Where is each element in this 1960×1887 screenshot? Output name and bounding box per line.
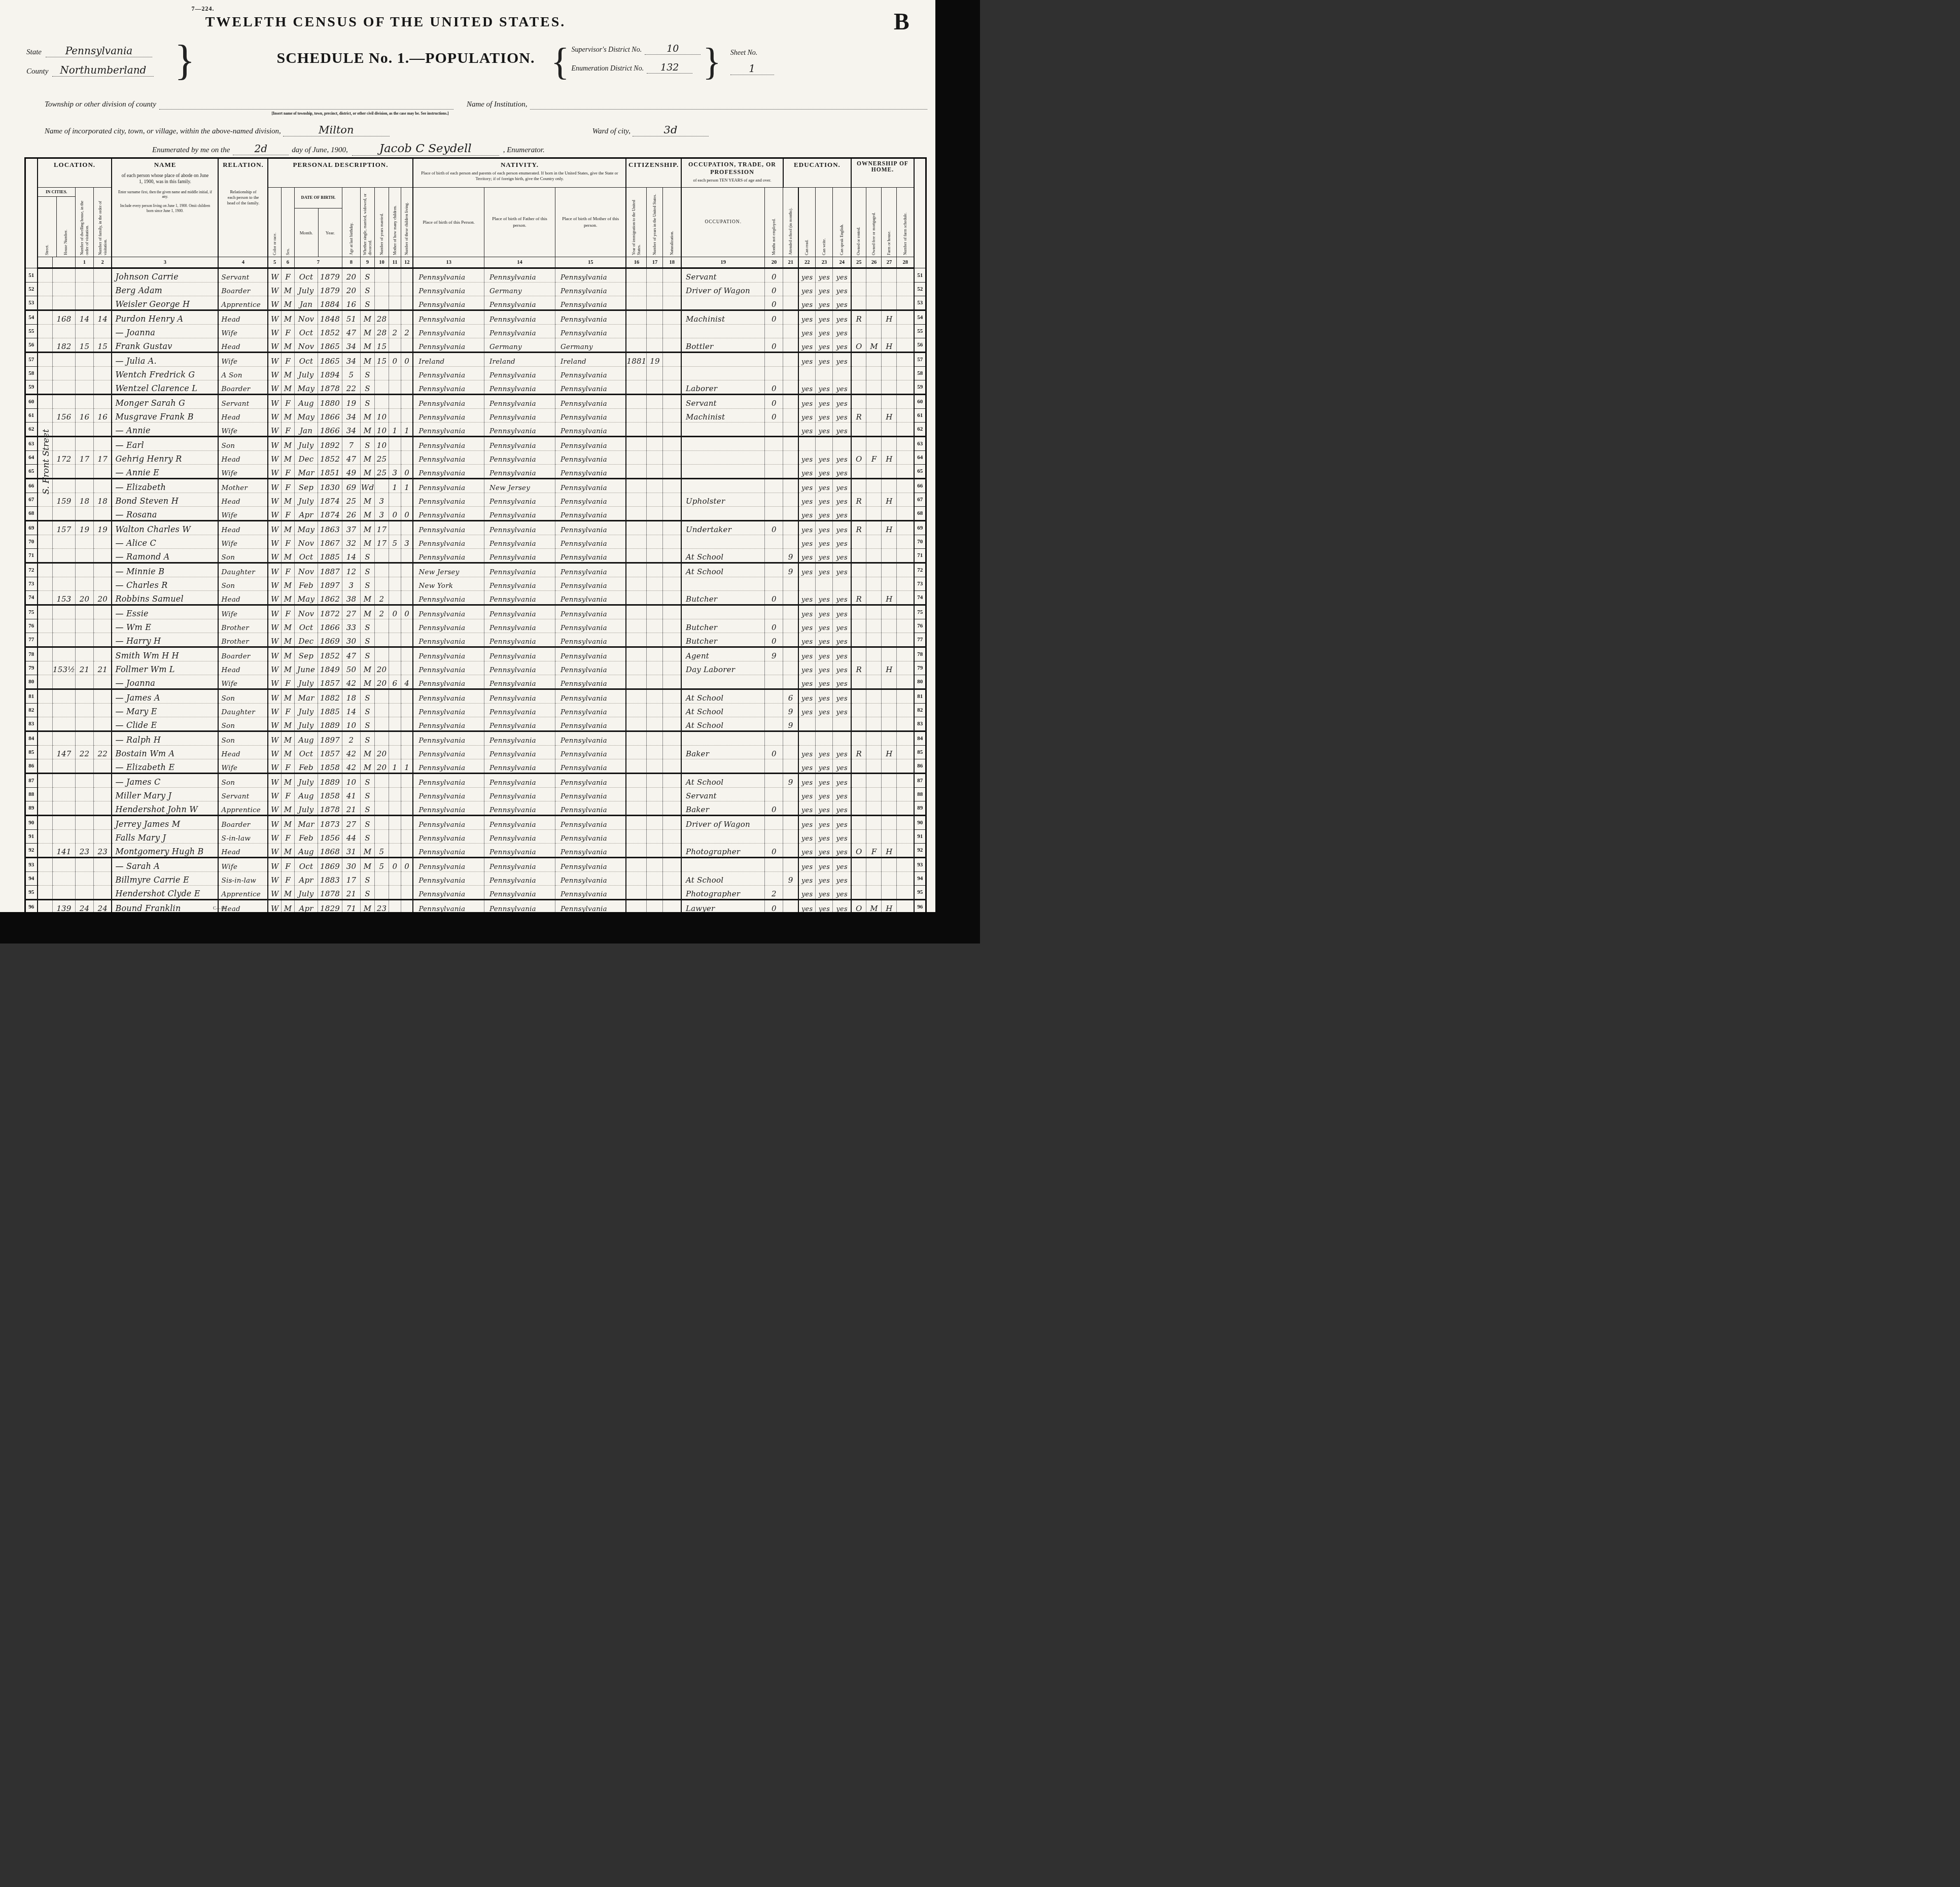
- row-number-left: 63: [25, 437, 38, 451]
- cell-years_in_us: [647, 268, 663, 283]
- cell-relation: Wife: [218, 325, 268, 338]
- cell-farm_house: [882, 619, 897, 633]
- cell-age: 22: [342, 380, 360, 395]
- cell-birth_month: Jan: [294, 423, 318, 437]
- cell-years_married: [374, 633, 389, 647]
- cell-mother_birthplace: Pennsylvania: [555, 858, 626, 872]
- cell-marital: S: [360, 816, 374, 830]
- cell-name: — Alice C: [112, 535, 218, 549]
- cell-house_number: [53, 367, 76, 380]
- cell-immigration_year: [626, 858, 646, 872]
- cell-months_not_employed: [765, 731, 783, 746]
- table-row: 52Berg AdamBoarderWMJuly187920SPennsylva…: [25, 283, 926, 296]
- census-rows: 51Johnson CarrieServantWFOct187920SPenns…: [25, 268, 926, 944]
- cell-relation: Wife: [218, 423, 268, 437]
- cell-naturalization: [663, 395, 681, 409]
- cell-age: 12: [342, 563, 360, 577]
- cell-birthplace: Pennsylvania: [413, 704, 484, 717]
- header-farm-house: Farm or house.: [882, 188, 897, 257]
- cell-can_write: [816, 437, 833, 451]
- cell-farm_house: [882, 325, 897, 338]
- cell-farm_schedule: [897, 788, 914, 801]
- cell-naturalization: [663, 493, 681, 507]
- street-name-label: S. Front Street: [39, 330, 54, 593]
- cell-color: W: [268, 591, 281, 605]
- cell-months_not_employed: [765, 675, 783, 689]
- cell-can_read: yes: [798, 872, 816, 886]
- cell-months_not_employed: 0: [765, 380, 783, 395]
- cell-mother_of_children: [389, 731, 401, 746]
- cell-family: [93, 535, 112, 549]
- cell-farm_schedule: [897, 296, 914, 310]
- cell-house_number: [53, 731, 76, 746]
- township-note: [Insert name of township, town, precinct…: [218, 111, 502, 116]
- cell-father_birthplace: Pennsylvania: [484, 380, 555, 395]
- cell-farm_house: [882, 465, 897, 479]
- colnum-7: 7: [294, 257, 342, 268]
- cell-father_birthplace: Pennsylvania: [484, 788, 555, 801]
- colnum-22: 22: [798, 257, 816, 268]
- cell-can_read: yes: [798, 563, 816, 577]
- cell-years_married: [374, 395, 389, 409]
- cell-house_number: [53, 605, 76, 619]
- cell-street: [38, 619, 53, 633]
- cell-marital: S: [360, 577, 374, 591]
- cell-age: 31: [342, 844, 360, 858]
- cell-sex: F: [281, 395, 294, 409]
- state-field: State Pennsylvania: [26, 45, 154, 64]
- cell-street: [38, 801, 53, 816]
- cell-years_married: 20: [374, 746, 389, 759]
- row-number-left: 71: [25, 549, 38, 563]
- cell-mother_of_children: 0: [389, 353, 401, 367]
- table-row: 921412323Montgomery Hugh BHeadWMAug18683…: [25, 844, 926, 858]
- table-row: 58Wentch Fredrick GA SonWMJuly18945SPenn…: [25, 367, 926, 380]
- row-number-left: 65: [25, 465, 38, 479]
- cell-occupation: [681, 437, 765, 451]
- cell-age: 20: [342, 283, 360, 296]
- row-number-left: 80: [25, 675, 38, 689]
- cell-can_write: yes: [816, 647, 833, 661]
- district-close-brace: }: [703, 43, 721, 81]
- cell-age: 50: [342, 661, 360, 675]
- cell-free_mortgaged: [866, 521, 882, 535]
- cell-years_married: 5: [374, 844, 389, 858]
- cell-farm_house: [882, 577, 897, 591]
- cell-mother_birthplace: Pennsylvania: [555, 689, 626, 704]
- cell-school_months: [783, 844, 798, 858]
- cell-can_speak_english: [833, 731, 851, 746]
- cell-free_mortgaged: [866, 353, 882, 367]
- cell-can_speak_english: yes: [833, 380, 851, 395]
- colnum-street: [38, 257, 53, 268]
- cell-age: 10: [342, 717, 360, 731]
- cell-can_write: yes: [816, 283, 833, 296]
- cell-school_months: [783, 409, 798, 423]
- cell-years_in_us: [647, 367, 663, 380]
- cell-years_married: [374, 872, 389, 886]
- cell-relation: Servant: [218, 395, 268, 409]
- cell-family: [93, 353, 112, 367]
- cell-years_married: 20: [374, 675, 389, 689]
- cell-can_speak_english: yes: [833, 816, 851, 830]
- cell-age: 7: [342, 437, 360, 451]
- cell-years_married: [374, 788, 389, 801]
- cell-sex: M: [281, 731, 294, 746]
- cell-relation: Boarder: [218, 816, 268, 830]
- cell-farm_schedule: [897, 816, 914, 830]
- cell-immigration_year: [626, 563, 646, 577]
- cell-street: [38, 647, 53, 661]
- cell-occupation: [681, 858, 765, 872]
- row-number-left: 62: [25, 423, 38, 437]
- cell-years_married: [374, 268, 389, 283]
- cell-birthplace: Pennsylvania: [413, 549, 484, 563]
- cell-immigration_year: [626, 717, 646, 731]
- row-number-right: 89: [914, 801, 926, 816]
- cell-father_birthplace: Pennsylvania: [484, 830, 555, 844]
- cell-color: W: [268, 605, 281, 619]
- table-row: 93— Sarah AWifeWFOct186930M500Pennsylvan…: [25, 858, 926, 872]
- cell-farm_house: [882, 367, 897, 380]
- row-number-right: 80: [914, 675, 926, 689]
- cell-dwelling: [75, 689, 93, 704]
- cell-birth_month: Oct: [294, 619, 318, 633]
- cell-can_speak_english: [833, 577, 851, 591]
- row-number-right: 63: [914, 437, 926, 451]
- cell-birth_year: 1892: [318, 437, 342, 451]
- cell-sex: M: [281, 437, 294, 451]
- cell-mother_of_children: [389, 338, 401, 353]
- cell-months_not_employed: 0: [765, 591, 783, 605]
- cell-house_number: [53, 577, 76, 591]
- cell-owned_rented: [851, 325, 866, 338]
- cell-mother_of_children: 0: [389, 605, 401, 619]
- row-number-left: 57: [25, 353, 38, 367]
- cell-children_living: [401, 844, 413, 858]
- row-number-right: 66: [914, 479, 926, 493]
- colnum-21: 21: [783, 257, 798, 268]
- cell-dwelling: 20: [75, 591, 93, 605]
- cell-school_months: [783, 858, 798, 872]
- table-row: 66— ElizabethMotherWFSep183069Wd11Pennsy…: [25, 479, 926, 493]
- cell-immigration_year: [626, 801, 646, 816]
- schedule-title: SCHEDULE No. 1.—POPULATION.: [203, 50, 609, 67]
- cell-years_in_us: [647, 661, 663, 675]
- row-number-right: 74: [914, 591, 926, 605]
- colnum-18: 18: [663, 257, 681, 268]
- cell-birth_month: Mar: [294, 689, 318, 704]
- cell-can_read: [798, 367, 816, 380]
- cell-age: 47: [342, 325, 360, 338]
- colnum-19: 19: [681, 257, 765, 268]
- cell-house_number: [53, 535, 76, 549]
- cell-free_mortgaged: [866, 605, 882, 619]
- cell-farm_house: [882, 437, 897, 451]
- cell-naturalization: [663, 844, 681, 858]
- cell-can_speak_english: yes: [833, 353, 851, 367]
- cell-mother_birthplace: Pennsylvania: [555, 451, 626, 465]
- cell-birth_month: Apr: [294, 507, 318, 521]
- cell-can_read: yes: [798, 801, 816, 816]
- group-ownership: OWNERSHIP OF HOME.: [851, 158, 914, 188]
- cell-street: [38, 774, 53, 788]
- cell-family: [93, 647, 112, 661]
- cell-sex: M: [281, 816, 294, 830]
- cell-months_not_employed: [765, 704, 783, 717]
- cell-street: [38, 858, 53, 872]
- row-number-right: 52: [914, 283, 926, 296]
- cell-mother_of_children: [389, 521, 401, 535]
- cell-age: 37: [342, 521, 360, 535]
- cell-age: 3: [342, 577, 360, 591]
- cell-naturalization: [663, 465, 681, 479]
- cell-children_living: [401, 619, 413, 633]
- cell-mother_birthplace: Pennsylvania: [555, 268, 626, 283]
- cell-family: [93, 268, 112, 283]
- cell-farm_house: [882, 872, 897, 886]
- cell-dwelling: [75, 268, 93, 283]
- cell-months_not_employed: [765, 465, 783, 479]
- cell-age: 27: [342, 816, 360, 830]
- cell-mother_birthplace: Pennsylvania: [555, 367, 626, 380]
- cell-months_not_employed: 0: [765, 619, 783, 633]
- cell-family: [93, 395, 112, 409]
- cell-children_living: [401, 367, 413, 380]
- row-number-right: 95: [914, 886, 926, 900]
- cell-naturalization: [663, 521, 681, 535]
- cell-birth_year: 1897: [318, 577, 342, 591]
- cell-father_birthplace: Pennsylvania: [484, 704, 555, 717]
- supervisor-district-value: 10: [667, 43, 679, 54]
- cell-dwelling: [75, 353, 93, 367]
- cell-family: [93, 507, 112, 521]
- cell-farm_schedule: [897, 423, 914, 437]
- cell-sex: M: [281, 619, 294, 633]
- cell-house_number: [53, 633, 76, 647]
- cell-age: 42: [342, 759, 360, 774]
- cell-name: Robbins Samuel: [112, 591, 218, 605]
- cell-can_write: yes: [816, 619, 833, 633]
- cell-name: — Mary E: [112, 704, 218, 717]
- cell-street: [38, 788, 53, 801]
- cell-can_speak_english: yes: [833, 830, 851, 844]
- cell-father_birthplace: Pennsylvania: [484, 437, 555, 451]
- cell-immigration_year: [626, 886, 646, 900]
- cell-name: Hendershot John W: [112, 801, 218, 816]
- cell-farm_schedule: [897, 675, 914, 689]
- cell-can_write: yes: [816, 549, 833, 563]
- cell-age: 14: [342, 549, 360, 563]
- table-row: 65— Annie EWifeWFMar185149M2530Pennsylva…: [25, 465, 926, 479]
- cell-can_read: yes: [798, 549, 816, 563]
- cell-marital: M: [360, 661, 374, 675]
- cell-birthplace: Pennsylvania: [413, 591, 484, 605]
- cell-sex: M: [281, 661, 294, 675]
- cell-mother_of_children: [389, 577, 401, 591]
- cell-color: W: [268, 759, 281, 774]
- cell-farm_house: H: [882, 310, 897, 325]
- cell-owned_rented: [851, 704, 866, 717]
- table-row: 91Falls Mary JS-in-lawWFFeb185644SPennsy…: [25, 830, 926, 844]
- cell-school_months: [783, 591, 798, 605]
- cell-name: Wentch Fredrick G: [112, 367, 218, 380]
- cell-months_not_employed: [765, 549, 783, 563]
- cell-naturalization: [663, 717, 681, 731]
- cell-marital: S: [360, 563, 374, 577]
- cell-name: — Wm E: [112, 619, 218, 633]
- cell-age: 2: [342, 731, 360, 746]
- colnum-14: 14: [484, 257, 555, 268]
- cell-children_living: [401, 816, 413, 830]
- row-number-left: 92: [25, 844, 38, 858]
- colnum-28: 28: [897, 257, 914, 268]
- table-row: 851472222Bostain Wm AHeadWMOct185742M20P…: [25, 746, 926, 759]
- state-label: State: [26, 48, 42, 57]
- cell-children_living: [401, 689, 413, 704]
- cell-school_months: [783, 605, 798, 619]
- cell-marital: S: [360, 886, 374, 900]
- cell-color: W: [268, 619, 281, 633]
- row-number-header-left: [25, 158, 38, 268]
- cell-mother_of_children: 2: [389, 325, 401, 338]
- cell-occupation: [681, 325, 765, 338]
- cell-occupation: [681, 353, 765, 367]
- cell-dwelling: [75, 675, 93, 689]
- header-free-mortgaged: Owned free or mortgaged.: [866, 188, 882, 257]
- cell-children_living: [401, 395, 413, 409]
- cell-house_number: [53, 380, 76, 395]
- cell-birth_month: July: [294, 493, 318, 507]
- cell-months_not_employed: [765, 858, 783, 872]
- cell-house_number: 168: [53, 310, 76, 325]
- cell-age: 32: [342, 535, 360, 549]
- cell-family: [93, 605, 112, 619]
- table-row: 90Jerrey James MBoarderWMMar187327SPenns…: [25, 816, 926, 830]
- cell-birth_year: 1858: [318, 759, 342, 774]
- colnum-11: 11: [389, 257, 401, 268]
- cell-occupation: [681, 451, 765, 465]
- cell-farm_house: [882, 549, 897, 563]
- cell-can_read: yes: [798, 395, 816, 409]
- cell-birth_month: Nov: [294, 310, 318, 325]
- cell-naturalization: [663, 268, 681, 283]
- cell-children_living: 1: [401, 423, 413, 437]
- cell-mother_birthplace: Ireland: [555, 353, 626, 367]
- cell-family: [93, 717, 112, 731]
- cell-farm_house: [882, 830, 897, 844]
- header-mother-of: Mother of how many children.: [389, 188, 401, 257]
- cell-owned_rented: [851, 563, 866, 577]
- cell-mother_birthplace: Pennsylvania: [555, 704, 626, 717]
- cell-mother_birthplace: Pennsylvania: [555, 325, 626, 338]
- cell-mother_birthplace: Pennsylvania: [555, 830, 626, 844]
- cell-months_not_employed: [765, 353, 783, 367]
- enumerator-label: , Enumerator.: [503, 146, 545, 155]
- cell-relation: Brother: [218, 619, 268, 633]
- cell-birthplace: Pennsylvania: [413, 268, 484, 283]
- header-owned-rented: Owned or rented.: [851, 188, 866, 257]
- cell-age: 42: [342, 746, 360, 759]
- cell-occupation: [681, 830, 765, 844]
- cell-marital: S: [360, 367, 374, 380]
- cell-free_mortgaged: [866, 437, 882, 451]
- group-nativity: NATIVITY. Place of birth of each person …: [413, 158, 626, 188]
- cell-farm_house: [882, 647, 897, 661]
- enumerated-line: Enumerated by me on the 2d day of June, …: [152, 142, 545, 156]
- cell-sex: F: [281, 535, 294, 549]
- cell-can_write: yes: [816, 296, 833, 310]
- cell-name: — Minnie B: [112, 563, 218, 577]
- cell-birthplace: Pennsylvania: [413, 774, 484, 788]
- cell-years_married: [374, 731, 389, 746]
- colnum-25: 25: [851, 257, 866, 268]
- cell-months_not_employed: 0: [765, 633, 783, 647]
- cell-dwelling: [75, 816, 93, 830]
- cell-color: W: [268, 746, 281, 759]
- cell-color: W: [268, 507, 281, 521]
- cell-sex: M: [281, 367, 294, 380]
- row-number-left: 93: [25, 858, 38, 872]
- cell-naturalization: [663, 380, 681, 395]
- cell-family: 23: [93, 844, 112, 858]
- cell-months_not_employed: [765, 451, 783, 465]
- cell-can_write: yes: [816, 353, 833, 367]
- cell-owned_rented: [851, 268, 866, 283]
- cell-mother_of_children: [389, 774, 401, 788]
- cell-free_mortgaged: [866, 535, 882, 549]
- cell-street: [38, 661, 53, 675]
- cell-can_read: yes: [798, 325, 816, 338]
- row-number-left: 73: [25, 577, 38, 591]
- cell-years_in_us: [647, 774, 663, 788]
- row-number-left: 81: [25, 689, 38, 704]
- cell-farm_schedule: [897, 451, 914, 465]
- cell-house_number: 159: [53, 493, 76, 507]
- cell-owned_rented: [851, 675, 866, 689]
- cell-sex: M: [281, 689, 294, 704]
- cell-house_number: 147: [53, 746, 76, 759]
- cell-naturalization: [663, 801, 681, 816]
- cell-mother_birthplace: Pennsylvania: [555, 675, 626, 689]
- cell-family: [93, 830, 112, 844]
- cell-marital: M: [360, 844, 374, 858]
- row-number-left: 75: [25, 605, 38, 619]
- cell-free_mortgaged: [866, 872, 882, 886]
- cell-owned_rented: O: [851, 844, 866, 858]
- cell-can_speak_english: yes: [833, 619, 851, 633]
- cell-mother_of_children: [389, 367, 401, 380]
- cell-birth_year: 1866: [318, 619, 342, 633]
- header-house-number: House Number.: [63, 191, 68, 255]
- cell-can_speak_english: yes: [833, 675, 851, 689]
- cell-relation: Servant: [218, 268, 268, 283]
- cell-naturalization: [663, 605, 681, 619]
- cell-dwelling: [75, 830, 93, 844]
- table-row: 641721717Gehrig Henry RHeadWMDec185247M2…: [25, 451, 926, 465]
- cell-relation: Wife: [218, 605, 268, 619]
- enumeration-district-label: Enumeration District No.: [571, 65, 644, 73]
- cell-farm_schedule: [897, 633, 914, 647]
- cell-occupation: [681, 759, 765, 774]
- cell-house_number: [53, 858, 76, 872]
- cell-birthplace: Pennsylvania: [413, 409, 484, 423]
- cell-can_speak_english: yes: [833, 704, 851, 717]
- cell-immigration_year: [626, 689, 646, 704]
- cell-months_not_employed: [765, 367, 783, 380]
- colnum-house: [53, 257, 76, 268]
- cell-relation: Head: [218, 451, 268, 465]
